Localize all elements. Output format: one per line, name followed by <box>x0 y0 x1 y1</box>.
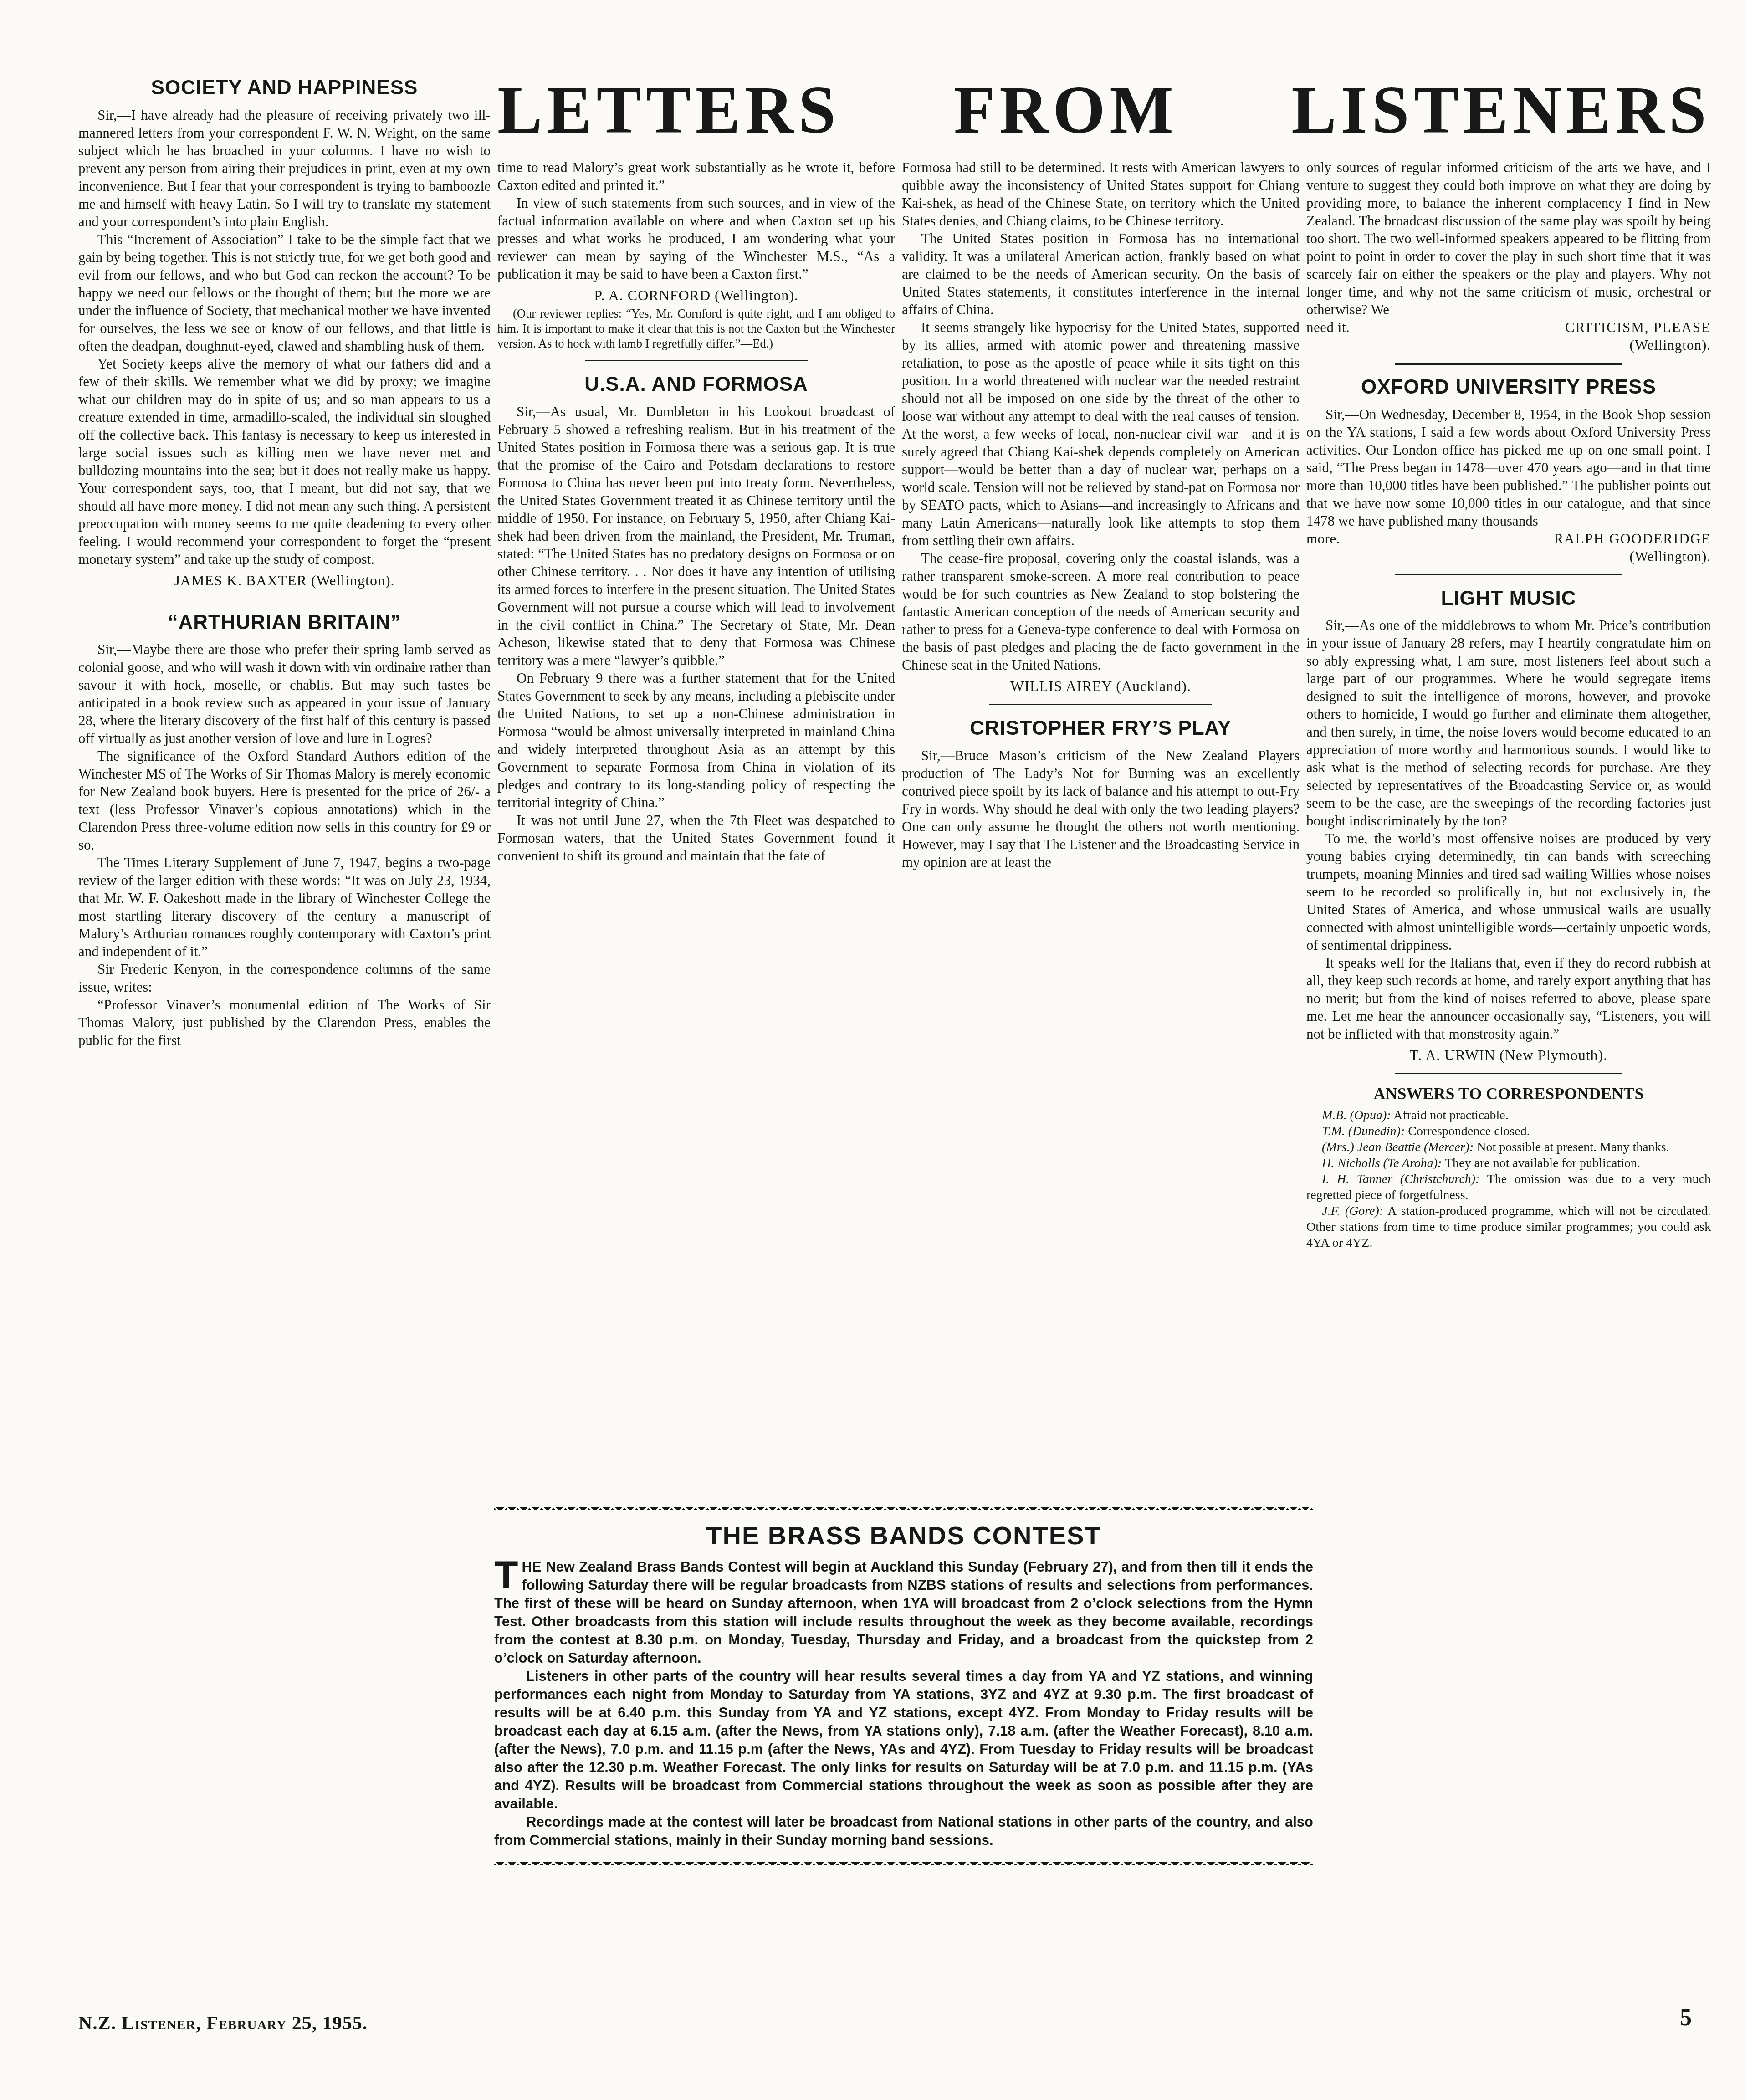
answer-text: Not possible at present. Many thanks. <box>1477 1140 1669 1154</box>
letter-signature: P. A. CORNFORD (Wellington). <box>497 287 895 304</box>
brass-bands-contest-section: THE BRASS BANDS CONTEST THE New Zealand … <box>494 1504 1313 1865</box>
letter-paragraph: The cease-fire proposal, covering only t… <box>902 549 1300 674</box>
letter-signature: CRITICISM, PLEASE <box>1565 318 1711 336</box>
answer-text: They are not available for publication. <box>1445 1156 1640 1170</box>
letter-signature: T. A. URWIN (New Plymouth). <box>1306 1046 1711 1064</box>
letter-paragraph: only sources of regular informed critici… <box>1306 159 1711 318</box>
signature-location: (Wellington). <box>1306 548 1711 565</box>
letter-paragraph: The United States position in Formosa ha… <box>902 230 1300 318</box>
column-3: Formosa had still to be determined. It r… <box>902 159 1300 871</box>
section-divider <box>1395 363 1622 365</box>
newspaper-page: LETTERS FROM LISTENERS SOCIETY AND HAPPI… <box>0 0 1745 2100</box>
section-divider <box>989 704 1212 706</box>
correspondent-name: H. Nicholls (Te Aroha): <box>1322 1156 1442 1170</box>
answers-to-correspondents: ANSWERS TO CORRESPONDENTS M.B. (Opua): A… <box>1306 1084 1711 1251</box>
letter-paragraph: It speaks well for the Italians that, ev… <box>1306 954 1711 1043</box>
letter-paragraph: On February 9 there was a further statem… <box>497 669 895 811</box>
brass-paragraph: THE New Zealand Brass Bands Contest will… <box>494 1558 1313 1667</box>
letter-paragraph: Formosa had still to be determined. It r… <box>902 159 1300 230</box>
wavy-rule-bottom <box>494 1859 1313 1865</box>
answers-item: H. Nicholls (Te Aroha): They are not ava… <box>1306 1155 1711 1171</box>
letter-heading-oup: OXFORD UNIVERSITY PRESS <box>1306 376 1711 399</box>
correspondent-name: (Mrs.) Jean Beattie (Mercer): <box>1322 1140 1474 1154</box>
masthead-word: LISTENERS <box>1291 77 1711 144</box>
wavy-rule-top <box>494 1504 1313 1510</box>
letter-paragraph: In view of such statements from such sou… <box>497 194 895 283</box>
answers-item: (Mrs.) Jean Beattie (Mercer): Not possib… <box>1306 1139 1711 1155</box>
masthead-word: LETTERS <box>497 77 840 144</box>
letter-heading-arthurian: “ARTHURIAN BRITAIN” <box>78 611 491 635</box>
letter-paragraph: It was not until June 27, when the 7th F… <box>497 811 895 865</box>
letter-heading-light-music: LIGHT MUSIC <box>1306 587 1711 610</box>
answers-item: T.M. (Dunedin): Correspondence closed. <box>1306 1123 1711 1139</box>
signature-location: (Wellington). <box>1306 336 1711 354</box>
letter-paragraph: Sir Frederic Kenyon, in the corresponden… <box>78 960 491 996</box>
editor-note: (Our reviewer replies: “Yes, Mr. Cornfor… <box>497 306 895 351</box>
correspondent-name: J.F. (Gore): <box>1322 1204 1383 1218</box>
masthead-word: FROM <box>954 77 1178 144</box>
letter-paragraph: Sir,—As usual, Mr. Dumbleton in his Look… <box>497 403 895 669</box>
letter-paragraph: The Times Literary Supplement of June 7,… <box>78 854 491 960</box>
brass-paragraph: Listeners in other parts of the country … <box>494 1667 1313 1813</box>
answers-heading: ANSWERS TO CORRESPONDENTS <box>1306 1084 1711 1104</box>
letter-heading-fry: CRISTOPHER FRY’S PLAY <box>902 717 1300 740</box>
column-1: SOCIETY AND HAPPINESS Sir,—I have alread… <box>78 77 491 1049</box>
answer-text: Afraid not practicable. <box>1393 1108 1509 1122</box>
brass-bands-heading: THE BRASS BANDS CONTEST <box>494 1521 1313 1550</box>
page-number: 5 <box>1680 2004 1692 2031</box>
answers-item: M.B. (Opua): Afraid not practicable. <box>1306 1107 1711 1123</box>
letter-paragraph: It seems strangely like hypocrisy for th… <box>902 318 1300 549</box>
letter-heading-formosa: U.S.A. AND FORMOSA <box>497 373 895 396</box>
section-divider <box>169 599 400 600</box>
footer-issue-line: N.Z. Listener, February 25, 1955. <box>78 2013 368 2034</box>
letter-signature: JAMES K. BAXTER (Wellington). <box>78 572 491 589</box>
correspondent-name: I. H. Tanner (Christchurch): <box>1322 1172 1480 1186</box>
correspondent-name: M.B. (Opua): <box>1322 1108 1391 1122</box>
letter-paragraph: Yet Society keeps alive the memory of wh… <box>78 355 491 568</box>
answer-text: Correspondence closed. <box>1408 1124 1530 1138</box>
page-masthead: LETTERS FROM LISTENERS <box>497 77 1711 144</box>
section-divider <box>585 360 808 362</box>
column-2: time to read Malory’s great work substan… <box>497 159 895 865</box>
answers-item: I. H. Tanner (Christchurch): The omissio… <box>1306 1171 1711 1203</box>
letter-signature: WILLIS AIREY (Auckland). <box>902 677 1300 695</box>
letter-signature-row: more. RALPH GOODERIDGE <box>1306 530 1711 548</box>
letter-paragraph: Sir,—On Wednesday, December 8, 1954, in … <box>1306 405 1711 530</box>
signature-lead-in: need it. <box>1306 318 1350 336</box>
correspondent-name: T.M. (Dunedin): <box>1322 1124 1405 1138</box>
letter-signature-row: need it. CRITICISM, PLEASE <box>1306 318 1711 336</box>
letter-paragraph: To me, the world’s most offensive noises… <box>1306 830 1711 954</box>
letter-signature: RALPH GOODERIDGE <box>1554 530 1711 548</box>
section-divider <box>1395 574 1622 576</box>
letter-paragraph: The significance of the Oxford Standard … <box>78 747 491 854</box>
letter-paragraph: Sir,—I have already had the pleasure of … <box>78 106 491 230</box>
letter-paragraph: This “Increment of Association” I take t… <box>78 230 491 355</box>
letter-heading-society: SOCIETY AND HAPPINESS <box>78 77 491 100</box>
column-4: only sources of regular informed critici… <box>1306 159 1711 1251</box>
letter-paragraph: Sir,—Bruce Mason’s criticism of the New … <box>902 747 1300 871</box>
signature-lead-in: more. <box>1306 530 1340 548</box>
brass-paragraph: Recordings made at the contest will late… <box>494 1813 1313 1849</box>
letter-paragraph: Sir,—Maybe there are those who prefer th… <box>78 640 491 747</box>
section-divider <box>1395 1073 1622 1075</box>
letter-paragraph: Sir,—As one of the middlebrows to whom M… <box>1306 616 1711 830</box>
letter-paragraph: time to read Malory’s great work substan… <box>497 159 895 194</box>
letter-paragraph: “Professor Vinaver’s monumental edition … <box>78 996 491 1049</box>
answers-item: J.F. (Gore): A station-produced programm… <box>1306 1203 1711 1251</box>
